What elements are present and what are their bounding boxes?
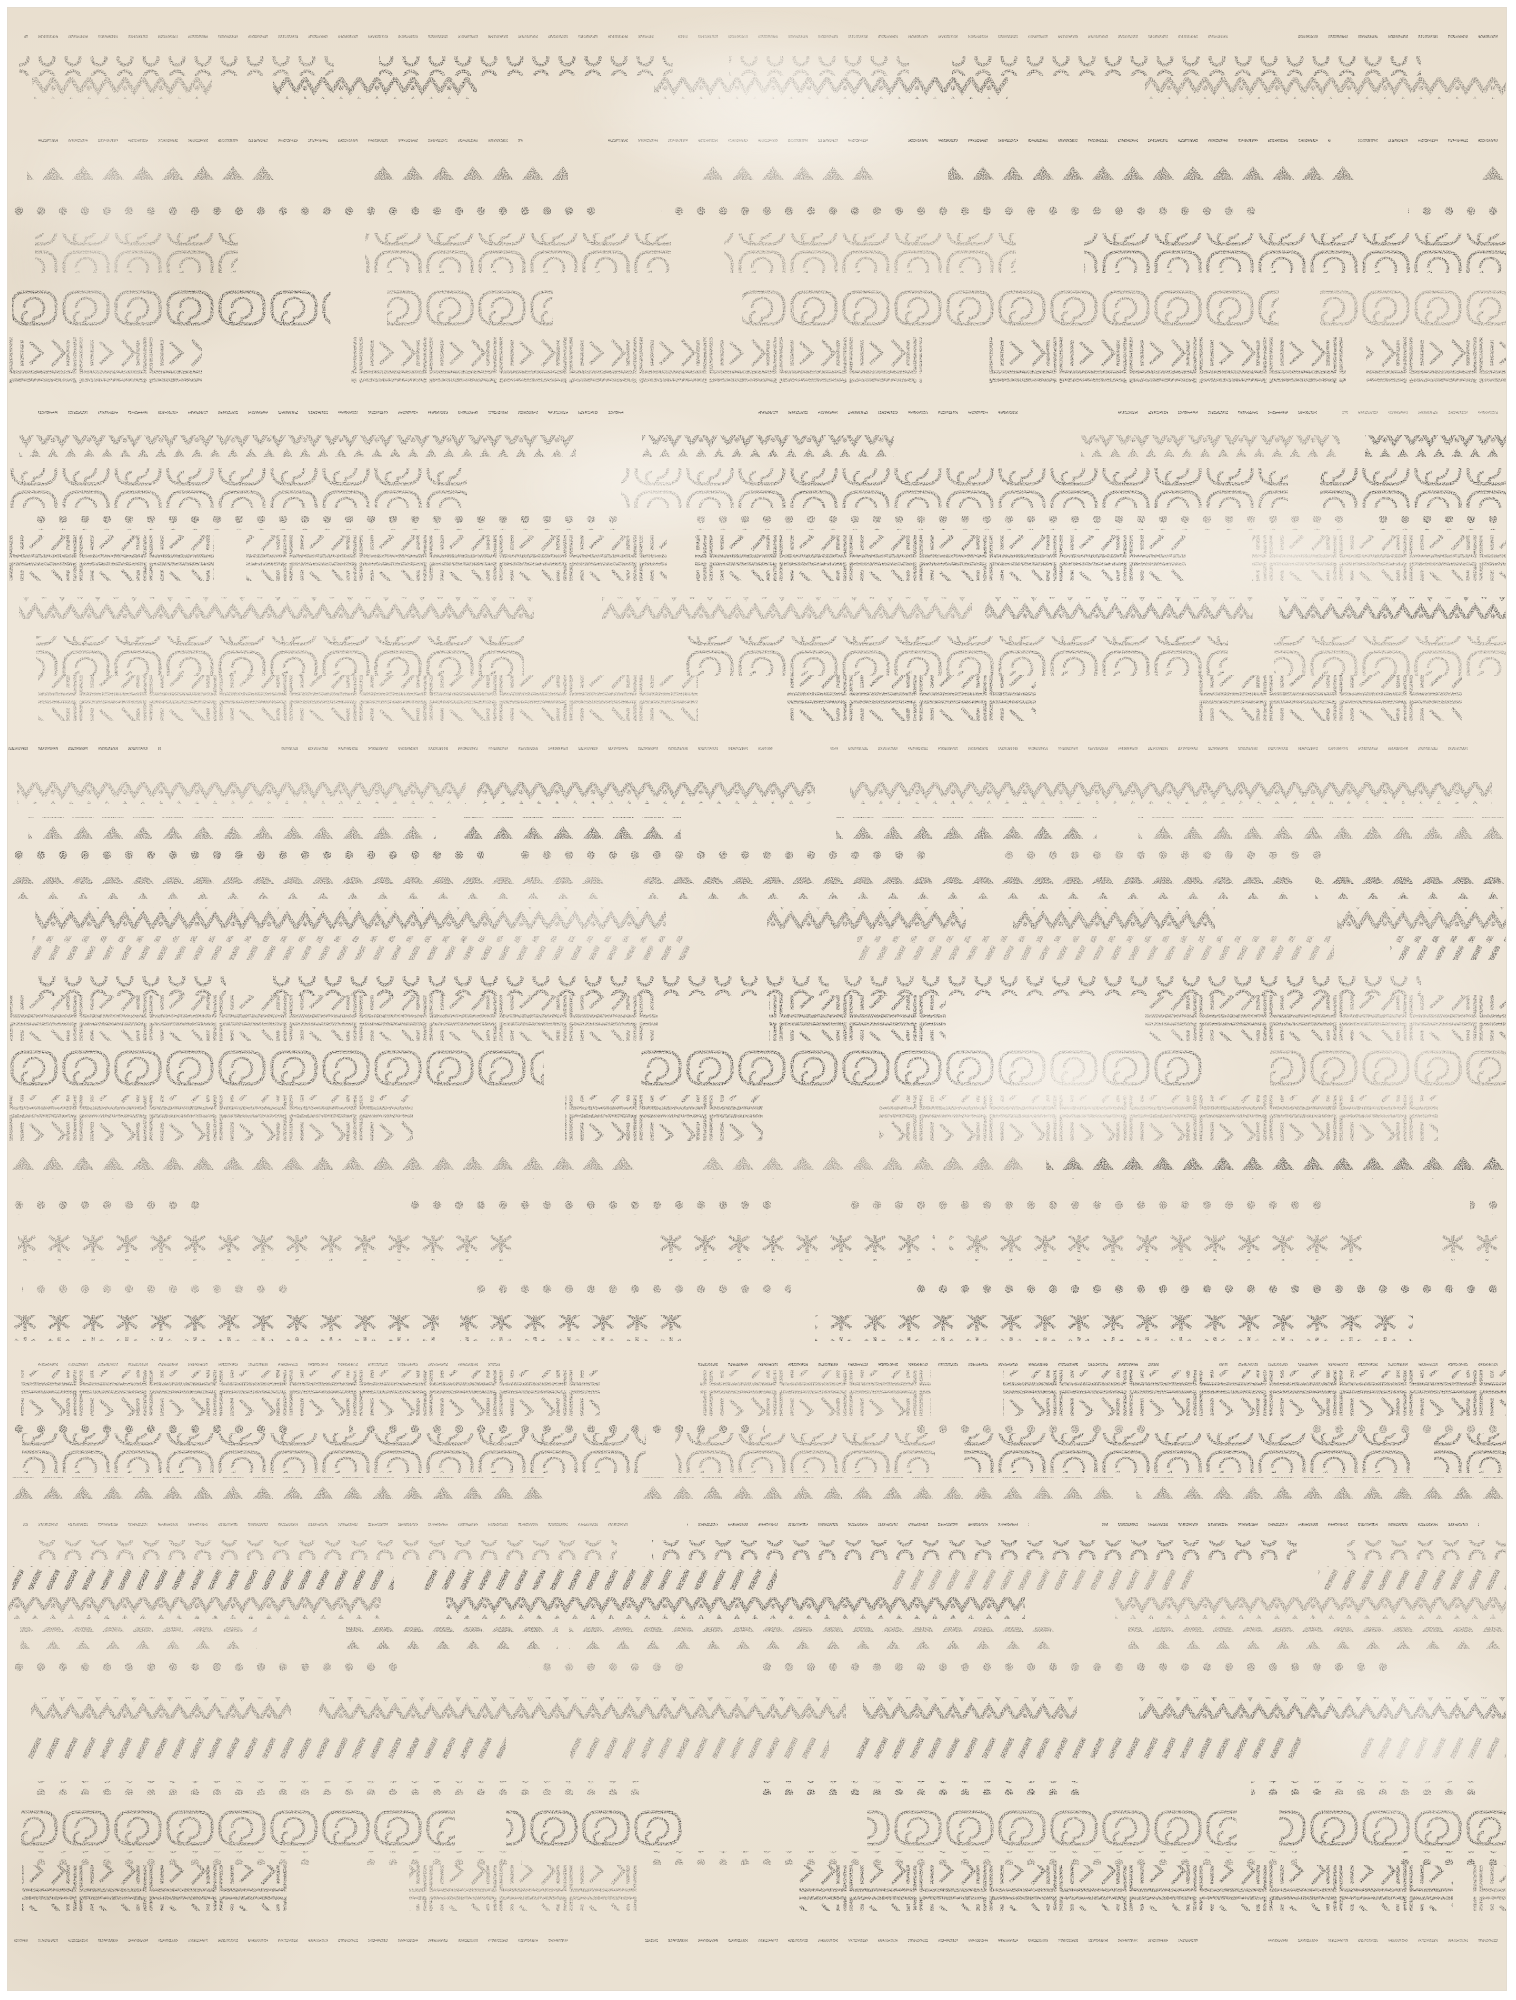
pattern-band-slashes bbox=[570, 1736, 829, 1760]
faded-patch bbox=[568, 8, 948, 188]
pattern-band-spirals bbox=[1320, 288, 1506, 328]
pattern-band-dots bbox=[14, 1421, 301, 1435]
faded-patch bbox=[1128, 478, 1448, 638]
pattern-band-triangles bbox=[638, 877, 1298, 899]
pattern-band-glyphs bbox=[38, 675, 698, 721]
pattern-band-dots bbox=[1503, 851, 1506, 865]
pattern-band-zigzag bbox=[8, 1597, 381, 1619]
faded-patch bbox=[508, 428, 788, 548]
faded-patch bbox=[1308, 908, 1506, 1168]
pattern-band-zigzag bbox=[1115, 1597, 1506, 1619]
pattern-band-dash bbox=[1351, 134, 1506, 142]
pattern-band-zigzag bbox=[767, 907, 966, 929]
pattern-band-stars bbox=[659, 1235, 935, 1261]
pattern-band-spirals bbox=[22, 1433, 646, 1473]
pattern-band-dots bbox=[1408, 206, 1506, 220]
pattern-band-dots bbox=[1310, 1421, 1506, 1435]
rug bbox=[8, 8, 1506, 1990]
pattern-band-spirals bbox=[387, 288, 553, 328]
pattern-band-spirals bbox=[506, 1808, 684, 1848]
pattern-band-glyphs bbox=[1366, 337, 1506, 383]
pattern-band-triangles bbox=[1475, 162, 1506, 184]
pattern-band-slashes bbox=[854, 1736, 1301, 1760]
pattern-band-zigzag bbox=[1365, 435, 1506, 457]
pattern-band-zigzag bbox=[273, 77, 477, 99]
pattern-band-glyphs bbox=[1473, 1865, 1506, 1911]
pattern-band-loops bbox=[31, 976, 226, 996]
pattern-band-dash bbox=[1342, 406, 1506, 414]
pattern-band-dash bbox=[281, 744, 773, 752]
pattern-band-dots bbox=[1470, 1201, 1506, 1215]
pattern-band-spirals bbox=[36, 636, 524, 676]
pattern-band-dots bbox=[466, 1281, 791, 1295]
pattern-band-slashes bbox=[12, 1566, 394, 1590]
pattern-band-dots bbox=[8, 851, 484, 865]
pattern-band-glyphs bbox=[10, 995, 658, 1041]
pattern-band-spirals bbox=[675, 1433, 935, 1473]
pattern-band-dash bbox=[14, 1939, 576, 1947]
faded-patch bbox=[8, 68, 208, 428]
pattern-band-zigzag bbox=[602, 597, 972, 619]
pattern-band-zigzag bbox=[1013, 907, 1215, 929]
pattern-band-spirals bbox=[742, 288, 1279, 328]
pattern-band-glyphs bbox=[1003, 1370, 1506, 1416]
pattern-band-glyphs bbox=[351, 337, 922, 383]
pattern-band-spirals bbox=[1434, 1433, 1506, 1473]
pattern-band-loops bbox=[31, 1540, 617, 1560]
pattern-band-dots bbox=[36, 1781, 642, 1795]
pattern-band-triangles bbox=[464, 817, 681, 839]
pattern-band-dash bbox=[687, 1519, 1029, 1527]
pattern-band-dash bbox=[748, 406, 1020, 414]
pattern-band-zigzag bbox=[863, 1697, 1077, 1719]
pattern-band-dots bbox=[398, 1201, 771, 1215]
faded-patch bbox=[888, 988, 1248, 1168]
pattern-band-dots bbox=[993, 851, 1331, 865]
pattern-band-dots bbox=[35, 1851, 311, 1865]
pattern-band-dots bbox=[8, 1201, 212, 1215]
pattern-band-triangles bbox=[569, 1627, 1062, 1649]
pattern-band-loops bbox=[952, 56, 1421, 76]
pattern-band-zigzag bbox=[17, 782, 466, 804]
pattern-band-dash bbox=[24, 34, 654, 42]
pattern-band-glyphs bbox=[695, 535, 1186, 581]
pattern-band-dots bbox=[910, 1421, 1152, 1435]
pattern-band-spirals bbox=[686, 636, 1228, 676]
rug-pattern-bands bbox=[8, 8, 1506, 1990]
pattern-band-triangles bbox=[12, 1477, 545, 1499]
pattern-band-dash bbox=[645, 1939, 1203, 1947]
pattern-band-dots bbox=[1391, 1851, 1506, 1865]
pattern-band-dots bbox=[661, 206, 1264, 220]
pattern-band-zigzag bbox=[850, 782, 1492, 804]
pattern-band-dash bbox=[1102, 1519, 1479, 1527]
pattern-band-glyphs bbox=[8, 1095, 413, 1141]
pattern-band-stars bbox=[460, 1315, 682, 1341]
pattern-band-slashes bbox=[1318, 1566, 1506, 1590]
pattern-band-triangles bbox=[20, 1627, 257, 1649]
pattern-band-dash bbox=[830, 744, 1476, 752]
pattern-band-triangles bbox=[1136, 1477, 1506, 1499]
pattern-band-triangles bbox=[948, 162, 1360, 184]
pattern-band-glyphs bbox=[409, 1865, 639, 1911]
pattern-band-glyphs bbox=[799, 1865, 1453, 1911]
pattern-band-dots bbox=[360, 1851, 522, 1865]
pattern-band-triangles bbox=[698, 1157, 1023, 1179]
pattern-band-glyphs bbox=[787, 675, 1036, 721]
pattern-band-spirals bbox=[724, 233, 1016, 273]
pattern-band-glyphs bbox=[1197, 675, 1462, 721]
pattern-band-dash bbox=[695, 1359, 1159, 1367]
pattern-band-dash bbox=[1260, 1939, 1506, 1947]
pattern-band-triangles bbox=[836, 817, 1097, 839]
pattern-band-slashes bbox=[423, 1566, 777, 1590]
pattern-band-zigzag bbox=[19, 435, 576, 457]
pattern-band-glyphs bbox=[565, 1095, 763, 1141]
faded-patch bbox=[428, 858, 728, 978]
pattern-band-triangles bbox=[637, 1477, 1115, 1499]
pattern-band-dash bbox=[1115, 406, 1317, 414]
pattern-band-spirals bbox=[365, 233, 671, 273]
pattern-band-dash bbox=[32, 1359, 500, 1367]
pattern-band-dots bbox=[755, 1781, 1090, 1795]
pattern-band-glyphs bbox=[700, 1370, 931, 1416]
pattern-band-triangles bbox=[1315, 877, 1506, 899]
pattern-band-spirals bbox=[964, 1433, 1410, 1473]
pattern-band-spirals bbox=[867, 1808, 1237, 1848]
pattern-band-dots bbox=[641, 1851, 1297, 1865]
pattern-band-dash bbox=[1291, 34, 1506, 42]
pattern-band-loops bbox=[1347, 1540, 1506, 1560]
pattern-band-glyphs bbox=[987, 337, 1346, 383]
pattern-band-glyphs bbox=[22, 1865, 288, 1911]
pattern-band-zigzag bbox=[1081, 435, 1340, 457]
pattern-band-zigzag bbox=[319, 1697, 846, 1719]
pattern-band-spirals bbox=[1274, 636, 1506, 676]
pattern-band-slashes bbox=[890, 1566, 1194, 1590]
pattern-band-stars bbox=[1436, 1235, 1506, 1261]
pattern-band-stars bbox=[949, 1235, 1367, 1261]
pattern-band-dash bbox=[1219, 1359, 1506, 1367]
pattern-band-zigzag bbox=[1145, 77, 1506, 99]
pattern-band-stars bbox=[11, 1315, 439, 1341]
pattern-band-dots bbox=[910, 1281, 1506, 1295]
pattern-band-dots bbox=[8, 1661, 406, 1675]
pattern-band-spirals bbox=[8, 1048, 544, 1088]
pattern-band-triangles bbox=[1128, 1627, 1506, 1649]
pattern-band-slashes bbox=[27, 1736, 506, 1760]
pattern-band-zigzag bbox=[31, 1697, 291, 1719]
pattern-band-spirals bbox=[21, 1808, 455, 1848]
pattern-band-glyphs bbox=[21, 1370, 600, 1416]
pattern-band-dots bbox=[349, 1421, 765, 1435]
pattern-band-dots bbox=[529, 1661, 690, 1675]
pattern-band-loops bbox=[19, 56, 334, 76]
pattern-band-dash bbox=[907, 134, 1331, 142]
pattern-band-triangles bbox=[1138, 817, 1506, 839]
pattern-band-triangles bbox=[374, 162, 568, 184]
pattern-band-zigzag bbox=[477, 782, 815, 804]
pattern-band-dots bbox=[22, 1281, 298, 1295]
pattern-band-slashes bbox=[857, 936, 1334, 960]
pattern-band-spirals bbox=[1084, 233, 1506, 273]
pattern-band-dots bbox=[758, 1661, 1393, 1675]
pattern-band-loops bbox=[652, 1540, 1297, 1560]
pattern-band-spirals bbox=[8, 468, 467, 508]
pattern-band-triangles bbox=[346, 1627, 558, 1649]
pattern-band-zigzag bbox=[446, 1597, 1025, 1619]
pattern-band-glyphs bbox=[8, 535, 214, 581]
pattern-band-triangles bbox=[8, 1157, 640, 1179]
pattern-band-stars bbox=[18, 1235, 522, 1261]
pattern-band-zigzag bbox=[19, 597, 534, 619]
pattern-band-dash bbox=[8, 744, 161, 752]
pattern-band-loops bbox=[273, 976, 829, 996]
pattern-band-triangles bbox=[28, 817, 436, 839]
pattern-band-dash bbox=[23, 1519, 630, 1527]
pattern-band-stars bbox=[815, 1315, 1413, 1341]
pattern-band-dots bbox=[839, 1201, 1334, 1215]
